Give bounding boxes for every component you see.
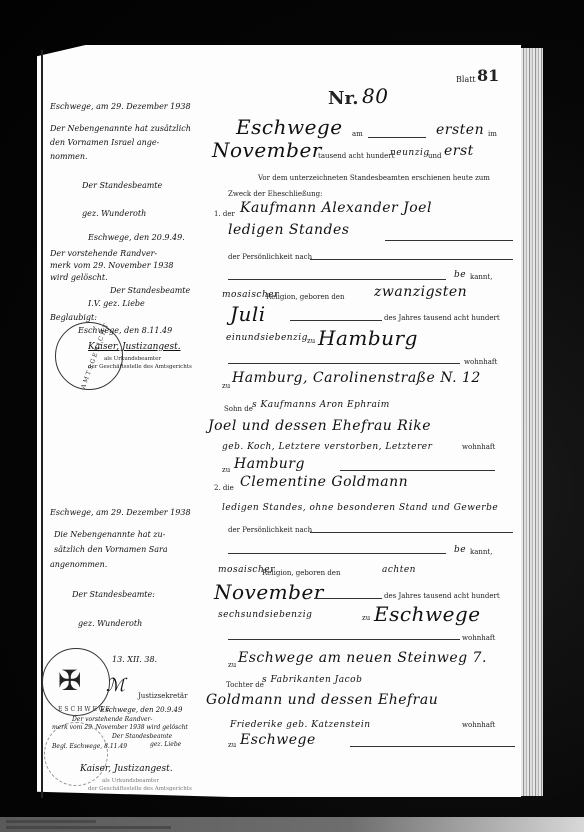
margin-note-3-signature: Kaiser, Justizangest. — [88, 342, 181, 352]
bride-parents-residence: Eschwege — [240, 732, 316, 748]
margin-note-3-label: Beglaubigt: — [50, 313, 97, 322]
rule — [228, 363, 460, 364]
caption-line-2 — [6, 826, 171, 829]
margin-note-2-signature: I.V. gez. Liebe — [88, 299, 145, 308]
bride-birth-place: Eschwege — [374, 602, 481, 626]
margin-note-5-date: 13. XII. 38. — [112, 655, 157, 664]
groom-known-print: kannt, — [470, 273, 492, 281]
margin-note-6-title: Der Standesbeamte — [112, 733, 172, 740]
blatt-number: 81 — [477, 66, 499, 85]
bride-year-label: des Jahres tausend acht hundert — [384, 592, 500, 600]
bride-residence: Eschwege am neuen Steinweg 7. — [238, 650, 487, 666]
bride-birth-day: achten — [382, 565, 416, 575]
margin-note-2-text-3: wird gelöscht. — [50, 273, 108, 282]
bride-birth-month: November — [214, 580, 324, 604]
nr-label: Nr. — [328, 88, 359, 109]
bride-birth-year: sechsundsiebenzig — [218, 610, 312, 620]
groom-birth-year: einundsiebenzig — [226, 333, 308, 343]
und-label: und — [428, 152, 442, 160]
margin-note-6-signature: gez. Liebe — [150, 741, 181, 748]
margin-note-4-signature: gez. Wunderoth — [78, 619, 142, 628]
rule — [385, 240, 513, 241]
bride-name-line-1: Clementine Goldmann — [240, 474, 408, 490]
margin-note-6-beglaubigt: Begl. Eschwege, 8.11.49 — [52, 743, 127, 750]
place-hand: Eschwege — [236, 115, 343, 139]
groom-religion-label: Religion, geboren den — [266, 293, 344, 301]
groom-number: 1. der — [214, 210, 235, 218]
margin-note-2-title: Der Standesbeamte — [110, 286, 190, 295]
margin-note-5-role: Justizsekretär — [138, 692, 187, 700]
court-stamp-2 — [44, 722, 108, 786]
margin-note-4-date: Eschwege, am 29. Dezember 1938 — [50, 508, 191, 517]
groom-residence-label: wohnhaft — [464, 358, 497, 366]
groom-year-label: des Jahres tausend acht hundert — [384, 314, 500, 322]
year-hand: neunzig — [390, 148, 430, 158]
rule — [350, 746, 515, 747]
groom-name-line-1: Kaufmann Alexander Joel — [240, 200, 432, 216]
bride-parents-line-3: Friederike geb. Katzenstein — [230, 720, 371, 730]
margin-note-3-role-1: als Urkundsbeamter — [104, 356, 161, 362]
margin-note-2-date: Eschwege, den 20.9.49. — [88, 233, 185, 242]
rule — [314, 598, 382, 599]
eagle-emblem-icon: ✠ — [58, 664, 81, 697]
bride-parents-line-2: Goldmann und dessen Ehefrau — [206, 692, 438, 708]
nr-value: 80 — [362, 84, 388, 108]
caption-line-1 — [6, 820, 96, 823]
rule — [368, 137, 426, 138]
blatt-label: Blatt — [456, 75, 476, 84]
margin-note-6-role-1: als Urkundsbeamter — [102, 778, 159, 784]
groom-son-label: Sohn de — [224, 405, 253, 413]
groom-zu-label: zu — [307, 337, 315, 345]
bride-zu-label: zu — [362, 614, 370, 622]
margin-note-3-role-2: der Geschäftsstelle des Amtsgerichts — [88, 364, 192, 370]
bride-known-hand: be — [454, 545, 466, 555]
rule — [228, 639, 460, 640]
margin-note-6-role-2: der Geschäftsstelle des Amtsgerichts — [88, 786, 192, 792]
groom-residence: Hamburg, Carolinenstraße N. 12 — [232, 370, 481, 386]
rule — [228, 553, 446, 554]
groom-parents-residence: Hamburg — [234, 456, 305, 472]
margin-note-1-text-1: Der Nebengenannte hat zusätzlich — [50, 124, 191, 133]
bride-name-line-2: ledigen Standes, ohne besonderen Stand u… — [222, 503, 498, 513]
margin-note-4-text-2: sätzlich den Vornamen Sara — [54, 545, 168, 554]
groom-birth-month: Juli — [230, 302, 266, 326]
margin-note-1-text-3: nommen. — [50, 152, 88, 161]
groom-name-line-2: ledigen Standes — [228, 222, 349, 238]
intro-line-2: Zweck der Eheschließung: — [228, 190, 323, 198]
bride-daughter-label: Tochter de — [226, 681, 264, 689]
bride-residence-zu: zu — [228, 661, 236, 669]
groom-known-hand: be — [454, 270, 466, 280]
margin-note-1-date: Eschwege, am 29. Dezember 1938 — [50, 102, 191, 111]
rule — [310, 532, 513, 533]
margin-note-1-title: Der Standesbeamte — [82, 181, 162, 190]
margin-note-4-title: Der Standesbeamte: — [72, 590, 155, 599]
im-label: im — [488, 130, 497, 138]
bride-parents-residence-label: wohnhaft — [462, 721, 495, 729]
year-printed: tausend acht hundert — [318, 152, 394, 160]
rule — [310, 259, 513, 260]
rule — [290, 320, 382, 321]
bride-parents-line-1: s Fabrikanten Jacob — [262, 675, 362, 685]
groom-parents-line-3: geb. Koch, Letztere verstorben, Letztere… — [222, 442, 432, 452]
intro-line-1: Vor dem unterzeichneten Standesbeamten e… — [258, 174, 490, 182]
groom-residence-zu: zu — [222, 382, 230, 390]
page-stack-edge — [521, 48, 543, 796]
rule — [228, 279, 446, 280]
day-hand: ersten — [436, 122, 484, 138]
am-label: am — [352, 130, 363, 138]
groom-parents-residence-label: wohnhaft — [462, 443, 495, 451]
margin-note-6-text-2: merk vom 29. November 1938 wird gelöscht — [52, 724, 188, 731]
month-hand: November — [212, 138, 322, 162]
bride-residence-label: wohnhaft — [462, 634, 495, 642]
rule — [340, 470, 495, 471]
margin-note-4-text-3: angenommen. — [50, 560, 107, 569]
bride-known-print: kannt, — [470, 548, 492, 556]
margin-note-2-text-1: Der vorstehende Randver- — [50, 249, 157, 258]
groom-identity-label: der Persönlichkeit nach — [228, 253, 312, 261]
margin-note-6-date: Eschwege, den 20.9.49 — [100, 706, 182, 714]
margin-note-1-text-2: den Vornamen Israel ange- — [50, 138, 159, 147]
bride-parents-residence-zu: zu — [228, 741, 236, 749]
bride-identity-label: der Persönlichkeit nach — [228, 526, 312, 534]
margin-note-6-final-signature: Kaiser, Justizangest. — [80, 764, 173, 774]
scan-caption-bar — [0, 817, 584, 832]
groom-parents-line-2: Joel und dessen Ehefrau Rike — [208, 418, 431, 434]
bride-number: 2. die — [214, 484, 234, 492]
groom-parents-residence-zu: zu — [222, 466, 230, 474]
margin-note-6-text-1: Der vorstehende Randver- — [72, 716, 152, 723]
groom-parents-line-1: s Kaufmanns Aron Ephraim — [252, 400, 390, 410]
margin-note-4-text-1: Die Nebengenannte hat zu- — [54, 530, 165, 539]
margin-note-1-signature: gez. Wunderoth — [82, 209, 146, 218]
margin-note-3-date: Eschwege, den 8.11.49 — [78, 326, 172, 335]
bride-religion-label: Religion, geboren den — [262, 569, 340, 577]
groom-birth-place: Hamburg — [318, 326, 418, 350]
margin-note-5-signature: ℳ — [106, 675, 125, 696]
margin-note-2-text-2: merk vom 29. November 1938 — [50, 261, 174, 270]
groom-birth-day: zwanzigsten — [374, 284, 467, 300]
year-hand-2: erst — [444, 143, 474, 159]
